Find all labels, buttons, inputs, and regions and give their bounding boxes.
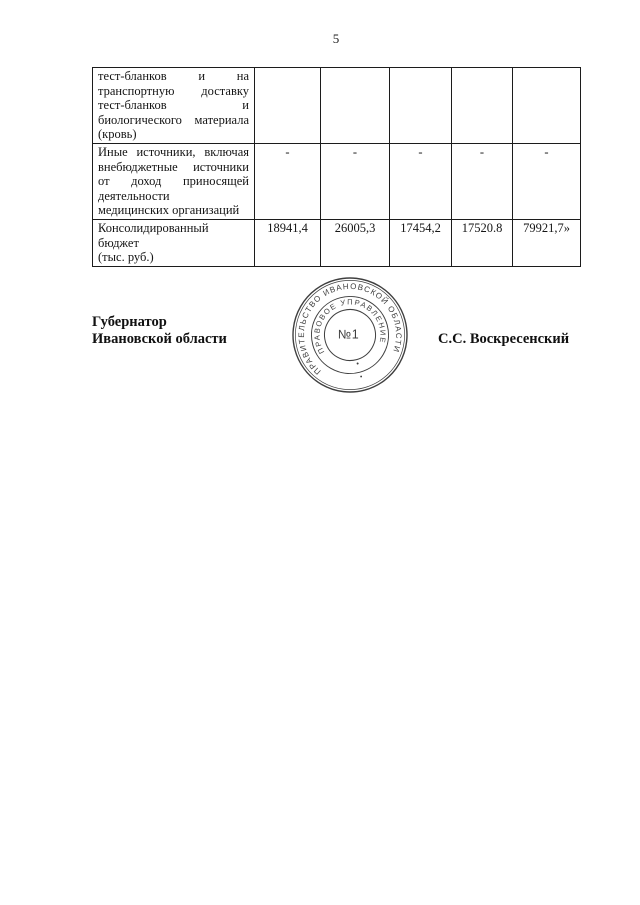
row-label-cell: Иные источники, включаявнебюджетные исто… [93, 143, 255, 219]
value-cell: 17520.8 [452, 219, 513, 266]
signatory-name: С.С. Воскресенский [438, 331, 569, 348]
table-row: Консолидированныйбюджет(тыс. руб.)18941,… [93, 219, 581, 266]
value-cell [390, 68, 452, 144]
value-cell: - [255, 143, 321, 219]
row-label-line: тест-бланков и на [98, 69, 249, 84]
page-number: 5 [92, 31, 580, 47]
value-cell: 79921,7» [513, 219, 581, 266]
row-label-line: (тыс. руб.) [98, 250, 249, 265]
row-label-line: Иные источники, включая [98, 145, 249, 160]
table-row: Иные источники, включаявнебюджетные исто… [93, 143, 581, 219]
row-label-line: Консолидированный [98, 221, 249, 236]
row-label-cell: Консолидированныйбюджет(тыс. руб.) [93, 219, 255, 266]
row-label-line: медицинских организаций [98, 203, 249, 218]
value-cell: - [513, 143, 581, 219]
row-label-line: деятельности [98, 189, 249, 204]
document-page: 5 тест-бланков и натранспортную доставку… [0, 0, 640, 905]
value-cell: - [321, 143, 390, 219]
signatory-title: Губернатор Ивановской области [92, 314, 227, 348]
table-row: тест-бланков и натранспортную доставкуте… [93, 68, 581, 144]
signatory-title-line: Губернатор [92, 314, 227, 331]
value-cell: - [390, 143, 452, 219]
stamp-number-text: №1 [338, 328, 359, 342]
value-cell [321, 68, 390, 144]
stamp-separator-dot [360, 375, 362, 377]
row-label-line: внебюджетные источники [98, 160, 249, 175]
row-label-line: транспортную доставку [98, 84, 249, 99]
stamp-separator-dot [356, 362, 358, 364]
value-cell [255, 68, 321, 144]
row-label-line: биологического материала [98, 113, 249, 128]
value-cell: 26005,3 [321, 219, 390, 266]
signatory-title-line: Ивановской области [92, 331, 227, 348]
value-cell: - [452, 143, 513, 219]
value-cell: 18941,4 [255, 219, 321, 266]
row-label-line: бюджет [98, 236, 249, 251]
budget-table: тест-бланков и натранспортную доставкуте… [92, 67, 581, 267]
row-label-cell: тест-бланков и натранспортную доставкуте… [93, 68, 255, 144]
row-label-line: тест-бланков и [98, 98, 249, 113]
official-stamp: ПРАВИТЕЛЬСТВО ИВАНОВСКОЙ ОБЛАСТИ ПРАВОВО… [290, 275, 410, 395]
budget-table-body: тест-бланков и натранспортную доставкуте… [93, 68, 581, 267]
value-cell: 17454,2 [390, 219, 452, 266]
value-cell [513, 68, 581, 144]
row-label-line: от доход приносящей [98, 174, 249, 189]
row-label-line: (кровь) [98, 127, 249, 142]
value-cell [452, 68, 513, 144]
